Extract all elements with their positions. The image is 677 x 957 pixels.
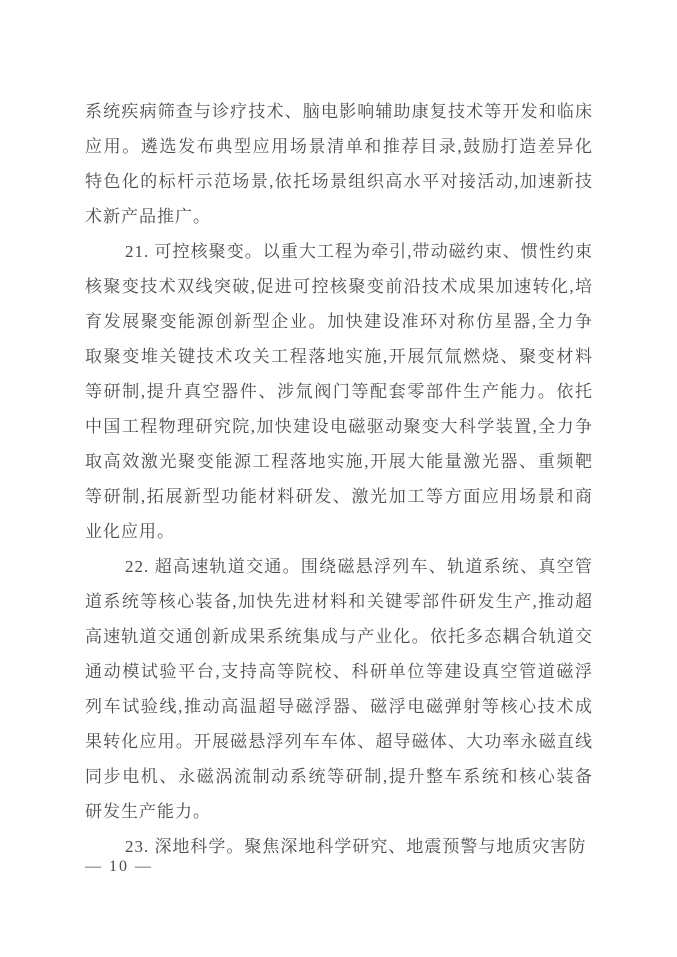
paragraph-item-22: 22. 超高速轨道交通。围绕磁悬浮列车、轨道系统、真空管道系统等核心装备,加快先… <box>85 549 593 829</box>
paragraph-item-21: 21. 可控核聚变。以重大工程为牵引,带动磁约束、惯性约束核聚变技术双线突破,促… <box>85 234 593 549</box>
document-body-text: 系统疾病筛查与诊疗技术、脑电影响辅助康复技术等开发和临床应用。遴选发布典型应用场… <box>85 94 593 864</box>
paragraph-continuation: 系统疾病筛查与诊疗技术、脑电影响辅助康复技术等开发和临床应用。遴选发布典型应用场… <box>85 94 593 234</box>
document-page: 系统疾病筛查与诊疗技术、脑电影响辅助康复技术等开发和临床应用。遴选发布典型应用场… <box>0 0 677 957</box>
paragraph-item-23: 23. 深地科学。聚焦深地科学研究、地震预警与地质灾害防 <box>85 829 593 864</box>
page-number: — 10 — <box>85 855 153 879</box>
